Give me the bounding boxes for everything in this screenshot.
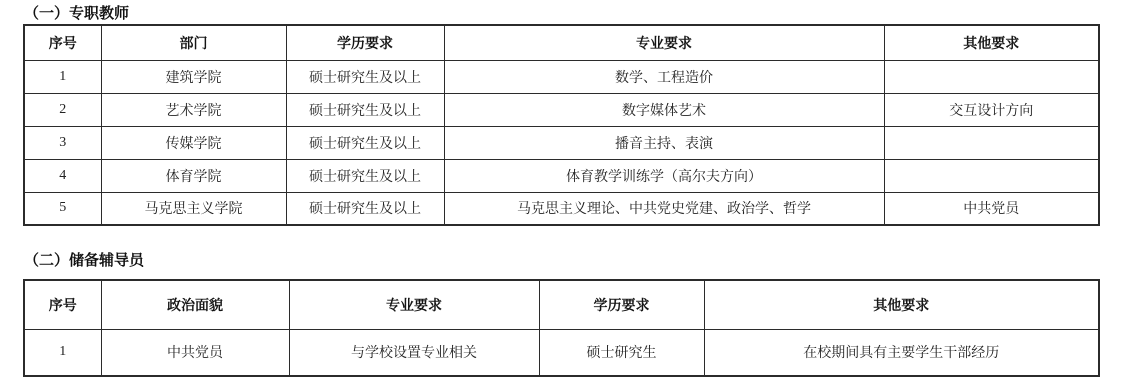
recruitment-document: （一）专职教师 序号 部门 学历要求 专业要求 其他要求 1 建筑学院 硕士研究… <box>0 0 1122 377</box>
cell-number: 3 <box>24 126 101 159</box>
cell-department: 体育学院 <box>101 159 286 192</box>
header-cell-number: 序号 <box>24 280 101 329</box>
cell-other <box>884 126 1099 159</box>
header-cell-department: 部门 <box>101 25 286 60</box>
cell-department: 建筑学院 <box>101 60 286 93</box>
cell-education: 硕士研究生 <box>539 329 704 376</box>
cell-number: 1 <box>24 60 101 93</box>
cell-major: 播音主持、表演 <box>444 126 884 159</box>
cell-other: 交互设计方向 <box>884 93 1099 126</box>
cell-major: 数字媒体艺术 <box>444 93 884 126</box>
cell-political-status: 中共党员 <box>101 329 289 376</box>
section-1-heading: （一）专职教师 <box>24 4 1122 23</box>
cell-major: 体育教学训练学（高尔夫方向） <box>444 159 884 192</box>
section-2-heading: （二）储备辅导员 <box>24 251 1122 270</box>
cell-number: 4 <box>24 159 101 192</box>
header-cell-major: 专业要求 <box>444 25 884 60</box>
header-cell-number: 序号 <box>24 25 101 60</box>
table-row: 5 马克思主义学院 硕士研究生及以上 马克思主义理论、中共党史党建、政治学、哲学… <box>24 192 1099 225</box>
full-time-teachers-table: 序号 部门 学历要求 专业要求 其他要求 1 建筑学院 硕士研究生及以上 数学、… <box>23 24 1100 226</box>
cell-department: 马克思主义学院 <box>101 192 286 225</box>
table-header-row: 序号 政治面貌 专业要求 学历要求 其他要求 <box>24 280 1099 329</box>
cell-education: 硕士研究生及以上 <box>286 126 444 159</box>
cell-department: 传媒学院 <box>101 126 286 159</box>
table-row: 1 建筑学院 硕士研究生及以上 数学、工程造价 <box>24 60 1099 93</box>
cell-education: 硕士研究生及以上 <box>286 60 444 93</box>
reserve-counselors-table: 序号 政治面貌 专业要求 学历要求 其他要求 1 中共党员 与学校设置专业相关 … <box>23 279 1100 377</box>
header-cell-major: 专业要求 <box>289 280 539 329</box>
cell-number: 1 <box>24 329 101 376</box>
cell-number: 2 <box>24 93 101 126</box>
cell-education: 硕士研究生及以上 <box>286 159 444 192</box>
cell-other <box>884 60 1099 93</box>
header-cell-political-status: 政治面貌 <box>101 280 289 329</box>
table-row: 3 传媒学院 硕士研究生及以上 播音主持、表演 <box>24 126 1099 159</box>
cell-major: 数学、工程造价 <box>444 60 884 93</box>
table-row: 4 体育学院 硕士研究生及以上 体育教学训练学（高尔夫方向） <box>24 159 1099 192</box>
cell-other <box>884 159 1099 192</box>
cell-other: 中共党员 <box>884 192 1099 225</box>
cell-department: 艺术学院 <box>101 93 286 126</box>
cell-other: 在校期间具有主要学生干部经历 <box>704 329 1099 376</box>
cell-education: 硕士研究生及以上 <box>286 192 444 225</box>
header-cell-other: 其他要求 <box>704 280 1099 329</box>
cell-education: 硕士研究生及以上 <box>286 93 444 126</box>
table-row: 1 中共党员 与学校设置专业相关 硕士研究生 在校期间具有主要学生干部经历 <box>24 329 1099 376</box>
header-cell-education: 学历要求 <box>539 280 704 329</box>
cell-major: 与学校设置专业相关 <box>289 329 539 376</box>
table-header-row: 序号 部门 学历要求 专业要求 其他要求 <box>24 25 1099 60</box>
cell-major: 马克思主义理论、中共党史党建、政治学、哲学 <box>444 192 884 225</box>
cell-number: 5 <box>24 192 101 225</box>
header-cell-education: 学历要求 <box>286 25 444 60</box>
table-row: 2 艺术学院 硕士研究生及以上 数字媒体艺术 交互设计方向 <box>24 93 1099 126</box>
header-cell-other: 其他要求 <box>884 25 1099 60</box>
